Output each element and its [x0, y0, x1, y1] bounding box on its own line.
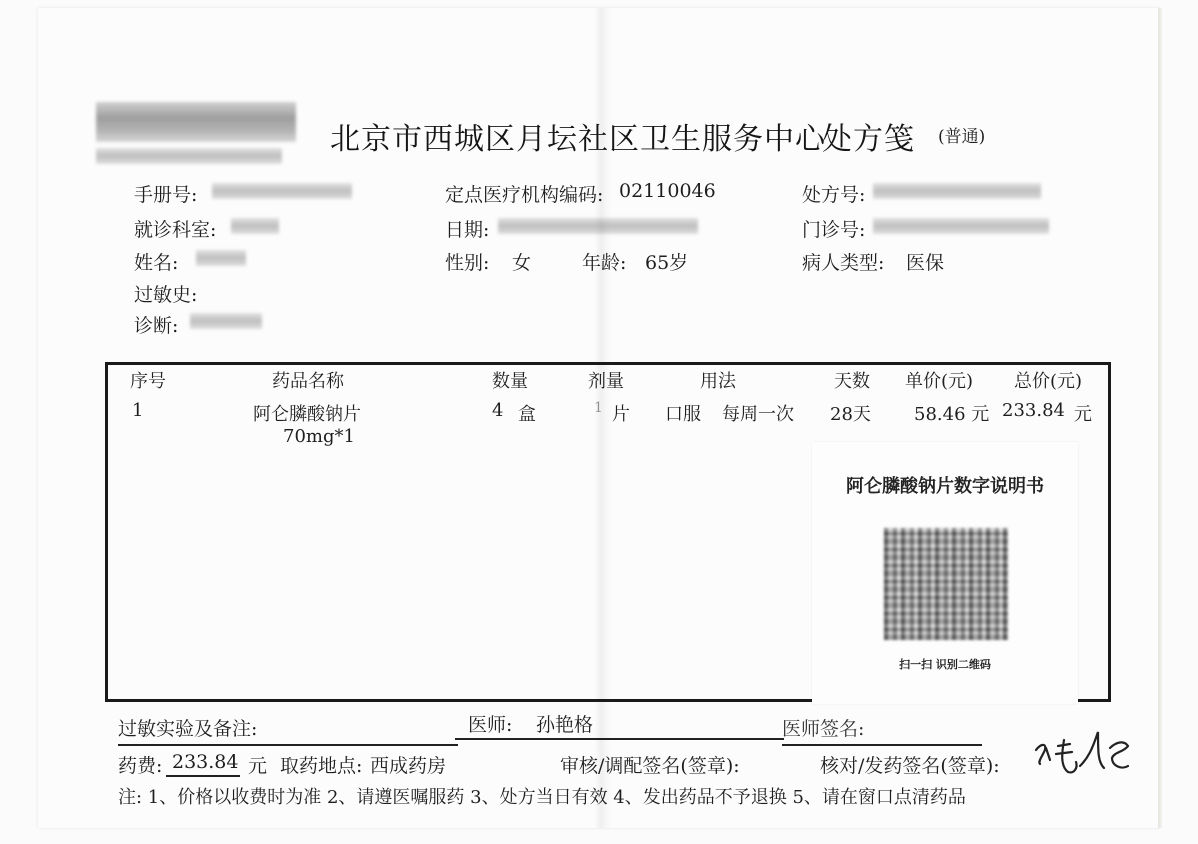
header-dose: 剂量 [588, 367, 624, 393]
prescription-no-label: 处方号: [802, 180, 865, 207]
institution-title: 北京市西城区月坛社区卫生服务中心 [330, 114, 826, 158]
doctor-label: 医师: [468, 710, 512, 737]
handbook-no-label: 手册号: [134, 180, 197, 207]
header-days: 天数 [834, 367, 870, 393]
name-value [196, 250, 246, 266]
paper-edge [1158, 8, 1162, 828]
row-days: 28天 [830, 400, 871, 426]
qr-title: 阿仑膦酸钠片数字说明书 [812, 472, 1078, 498]
handwritten-signature-icon [1032, 722, 1142, 782]
prescription-no-value [873, 183, 1041, 199]
fee-unit: 元 [248, 751, 267, 778]
underline [604, 738, 784, 740]
underline [455, 738, 605, 740]
row-drug-name: 阿仑膦酸钠片 [253, 400, 361, 426]
row-seq: 1 [132, 400, 143, 421]
prescription-class: (普通) [938, 122, 985, 147]
age-value: 65岁 [645, 248, 688, 275]
sex-label: 性别: [445, 248, 489, 275]
header-drug-name: 药品名称 [272, 367, 344, 393]
sex-value: 女 [512, 248, 531, 275]
age-label: 年龄: [582, 248, 626, 275]
header-usage: 用法 [700, 367, 736, 393]
department-value [231, 218, 279, 234]
header-unit-price: 单价(元) [905, 367, 973, 393]
pickup-label: 取药地点: [280, 751, 362, 778]
row-drug-spec: 70mg*1 [283, 426, 355, 447]
row-total-price: 233.84 [1002, 400, 1065, 421]
row-dose: 1 [594, 400, 603, 416]
row-quantity: 4 [492, 400, 503, 421]
review-signature-label: 审核/调配签名(签章): [560, 751, 740, 778]
row-total-unit: 元 [1074, 400, 1092, 426]
notes: 注: 1、价格以收费时为准 2、请遵医嘱服药 3、处方当日有效 4、发出药品不予… [118, 783, 966, 809]
document-type: 处方笺 [822, 114, 915, 158]
row-route: 口服 [665, 400, 701, 426]
row-dose-unit: 片 [612, 400, 630, 426]
fee-value: 233.84 [166, 751, 240, 777]
outpatient-no-label: 门诊号: [802, 215, 865, 242]
header-seq: 序号 [130, 367, 166, 393]
diagnosis-label: 诊断: [134, 311, 178, 338]
diagnosis-value [190, 313, 262, 329]
dispense-signature-label: 核对/发药签名(签章): [820, 751, 1000, 778]
header-quantity: 数量 [492, 367, 528, 393]
qr-code-icon[interactable] [884, 528, 1008, 640]
date-label: 日期: [445, 215, 489, 242]
handbook-no-value [212, 183, 352, 199]
institution-code-value: 02110046 [619, 180, 716, 202]
pickup-value: 西成药房 [370, 751, 446, 778]
patient-type-value: 医保 [906, 248, 944, 275]
allergy-test-label: 过敏实验及备注: [118, 714, 458, 746]
patient-type-label: 病人类型: [802, 248, 884, 275]
row-unit-price: 58.46 元 [914, 400, 989, 426]
redacted-logo [96, 102, 296, 142]
date-value [498, 218, 698, 234]
name-label: 姓名: [134, 248, 178, 275]
row-frequency: 每周一次 [722, 400, 794, 426]
header-total-price: 总价(元) [1014, 367, 1082, 393]
row-quantity-unit: 盒 [518, 400, 536, 426]
institution-code-label: 定点医疗机构编码: [445, 180, 603, 207]
outpatient-no-value [873, 218, 1049, 234]
fee-label: 药费: [118, 751, 162, 778]
department-label: 就诊科室: [134, 215, 216, 242]
allergy-history-label: 过敏史: [134, 280, 197, 307]
redacted-subtitle [96, 148, 282, 164]
qr-caption: 扫一扫 识别二维码 [812, 656, 1078, 672]
qr-instruction-sticker: 阿仑膦酸钠片数字说明书 扫一扫 识别二维码 [812, 442, 1078, 704]
doctor-name: 孙艳格 [536, 710, 593, 737]
doctor-signature-label: 医师签名: [782, 714, 982, 746]
